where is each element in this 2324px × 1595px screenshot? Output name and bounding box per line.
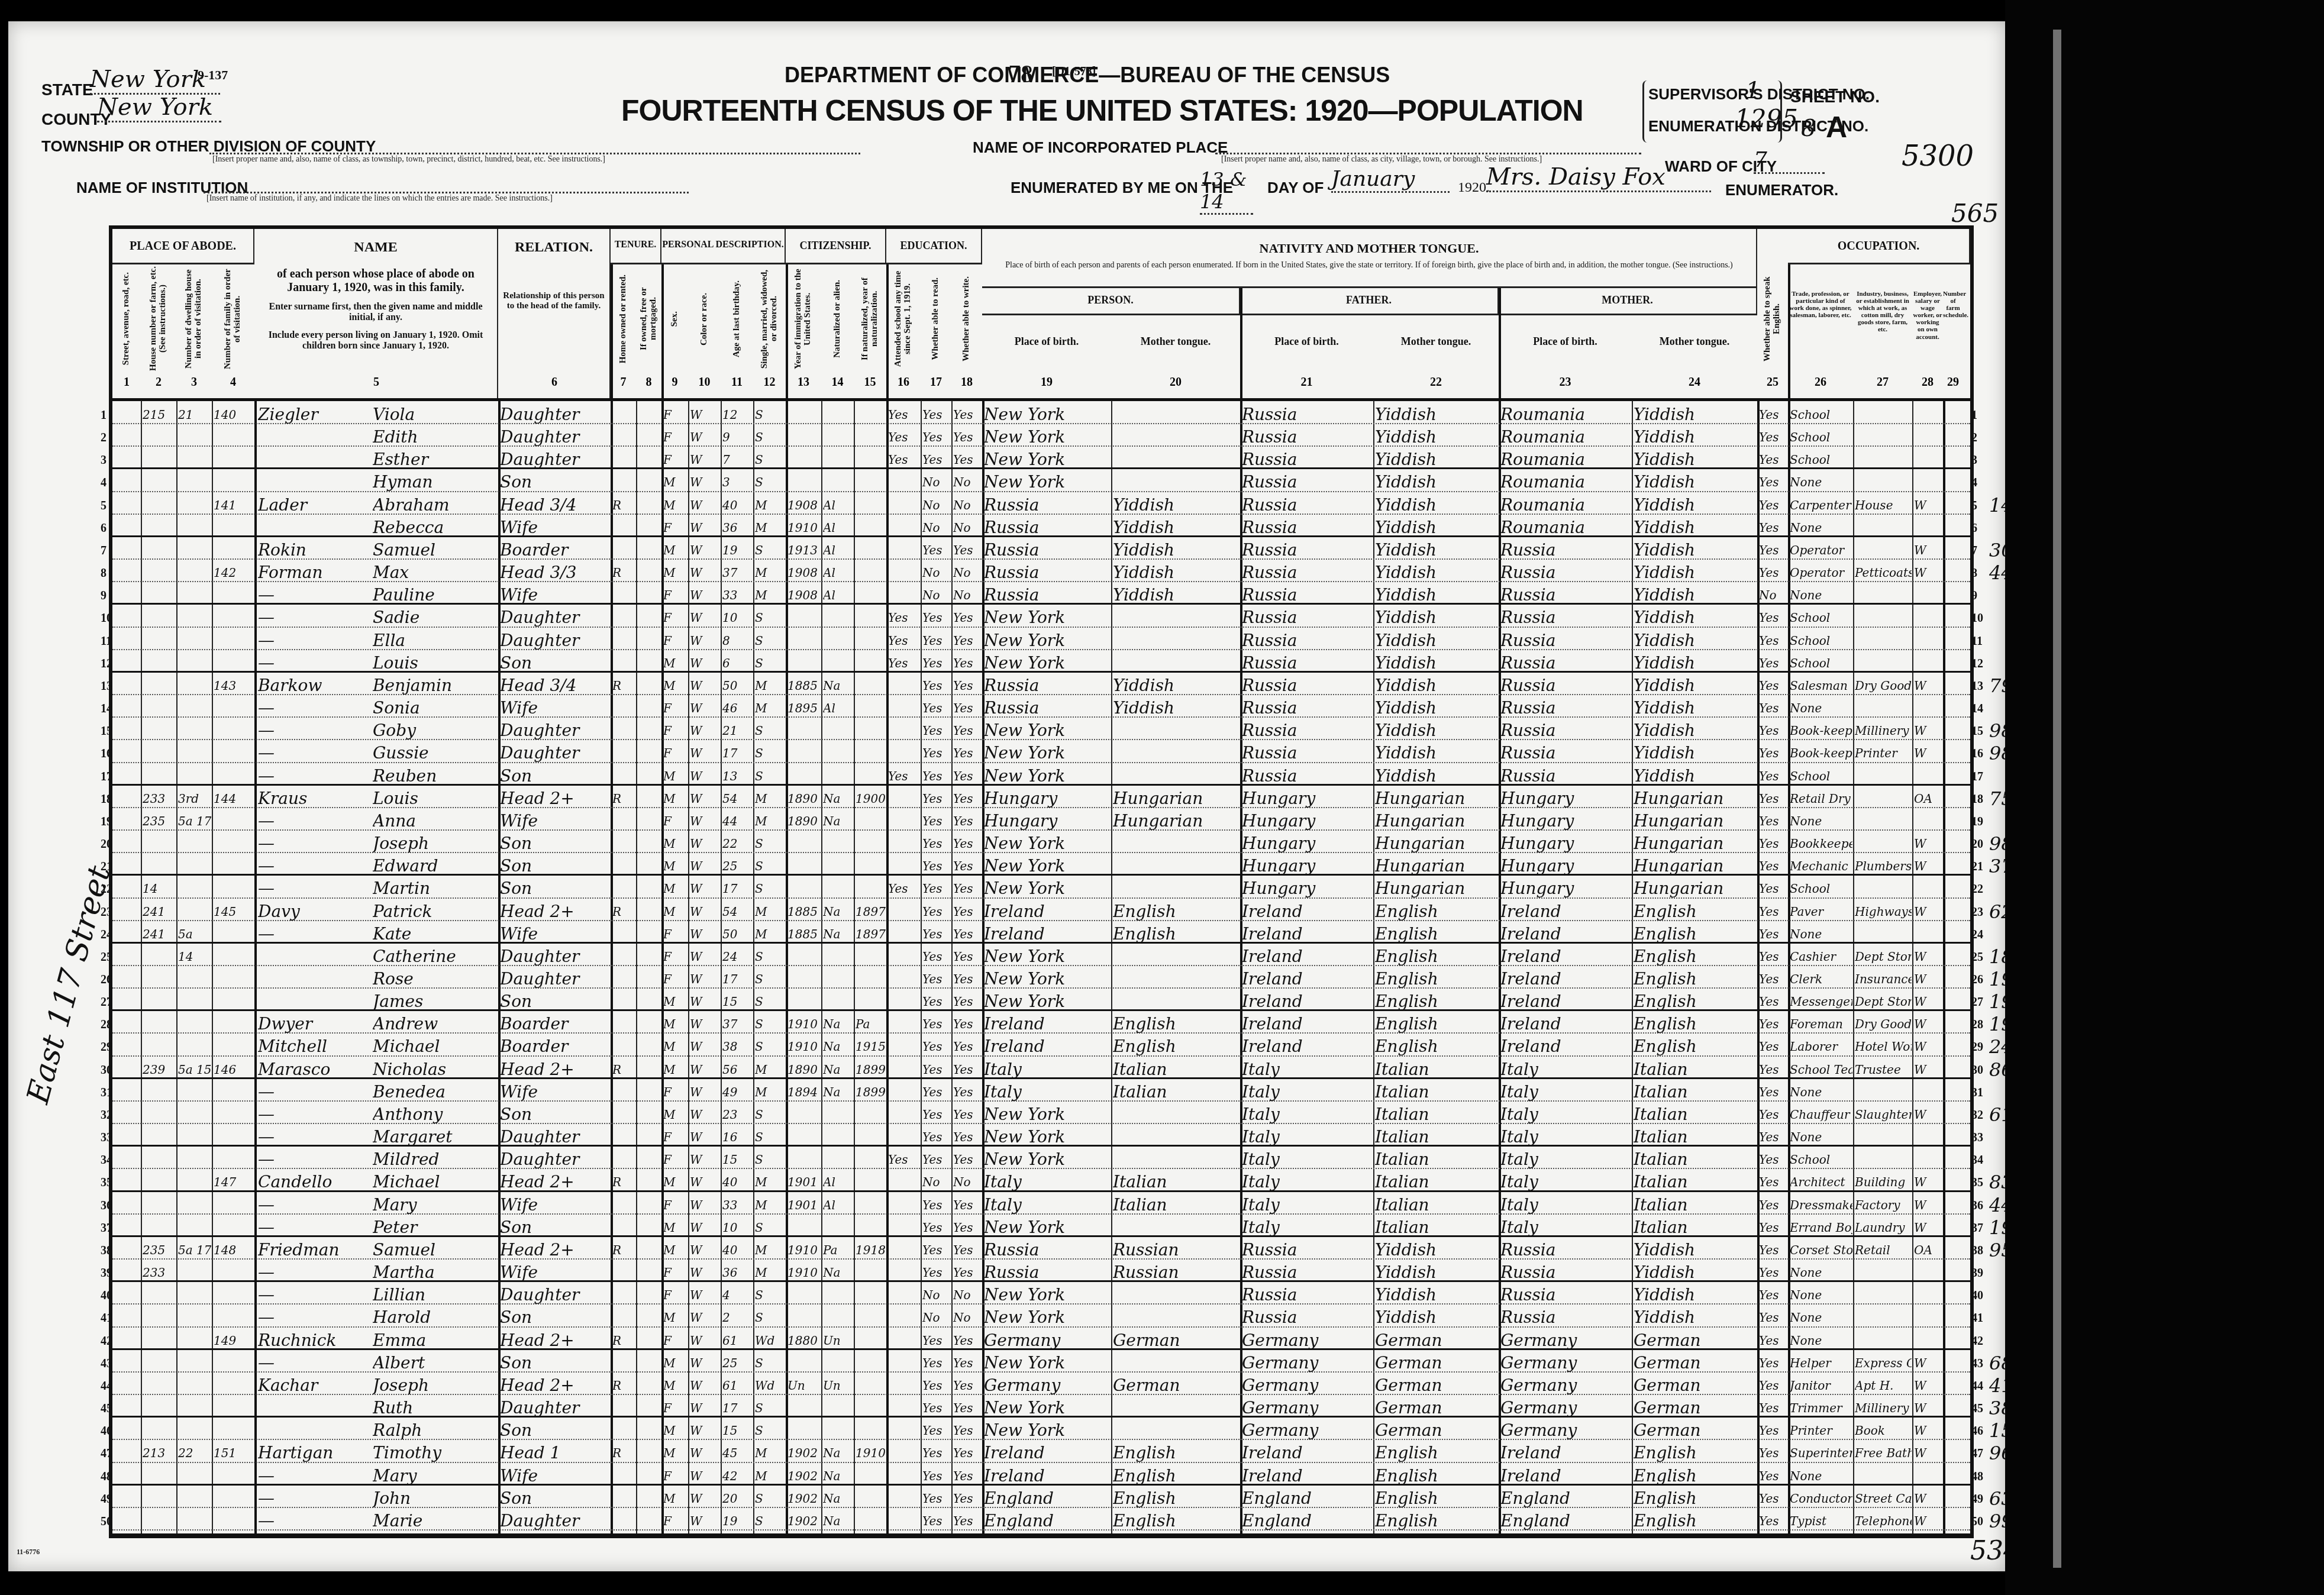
m-tongue-cell: Yiddish [1634,404,1757,425]
marital-cell: S [755,1352,785,1374]
write-cell: Yes [953,1510,982,1532]
english-cell: Yes [1759,540,1787,561]
given-name-cell: Max [373,562,497,583]
m-birth-cell: Russia [1500,1239,1631,1261]
f-tongue-cell: Yiddish [1375,517,1498,538]
m-tongue-cell: Yiddish [1634,698,1757,719]
f-birth-cell: Russia [1242,1307,1373,1328]
birth-cell: Italy [984,1081,1111,1103]
line-number: 30 [1971,1064,1983,1077]
m-tongue-cell: Yiddish [1634,540,1757,561]
marital-cell: S [755,878,785,899]
f-birth-cell: Ireland [1242,1036,1373,1057]
f-birth-cell: Italy [1242,1149,1373,1170]
birth-cell: England [984,1488,1111,1509]
f-birth-cell: Russia [1242,495,1373,516]
industry-cell: Book [1855,1420,1912,1441]
given-name-cell: Mildred [373,1149,497,1170]
tongue-cell: Hungarian [1113,811,1240,832]
ward-value: 7 [1754,148,1825,174]
sex-cell: M [663,1488,687,1509]
class-cell: W [1914,1352,1942,1374]
tongue-cell: Russian [1113,1239,1240,1261]
age-cell: 23 [722,1104,753,1125]
english-cell: Yes [1759,742,1787,764]
m-tongue-cell: German [1634,1352,1757,1374]
sex-cell: F [663,698,687,719]
m-birth-cell: Germany [1500,1330,1631,1351]
natyr-cell: 1918 [856,1239,886,1261]
tongue-cell: English [1113,1510,1240,1532]
age-cell: 16 [722,1126,753,1148]
family-cell: 151 [214,1442,254,1464]
birth-cell: Russia [984,517,1111,538]
tongue-cell: Yiddish [1113,562,1240,583]
institution-note: [Insert name of institution, if any, and… [206,194,553,204]
write-cell: Yes [953,675,982,696]
relation-cell: Head 2+ [500,1375,610,1396]
column-number: 22 [1373,376,1499,389]
surname-cell: — [258,1194,370,1216]
relation-cell: Son [500,1307,610,1328]
write-cell: Yes [953,991,982,1012]
birth-cell: Hungary [984,788,1111,809]
race-cell: W [690,1262,720,1283]
f-tongue-cell: Yiddish [1375,653,1498,674]
house-cell: 233 [143,1262,176,1283]
write-cell: Yes [953,968,982,990]
sex-cell: M [663,1352,687,1374]
f-birth-cell: Germany [1242,1352,1373,1374]
f-tongue-cell: Italian [1375,1217,1498,1238]
f-tongue-cell: English [1375,1465,1498,1487]
nat-cell: Na [823,1013,853,1035]
write-cell: Yes [953,1104,982,1125]
industry-cell: Dry Goods [1855,675,1912,696]
birth-cell: Russia [984,540,1111,561]
sex-cell: F [663,1194,687,1216]
relation-cell: Head 3/4 [500,495,610,516]
m-tongue-cell: German [1634,1420,1757,1441]
school-cell: Yes [888,653,920,674]
line-number: 28 [1971,1018,1983,1032]
f-birth-cell: Russia [1242,517,1373,538]
industry-cell: Dept Store [1855,946,1912,967]
immig-cell: 1885 [787,675,821,696]
write-cell: Yes [953,404,982,425]
f-birth-cell: Russia [1242,675,1373,696]
race-cell: W [690,1013,720,1035]
immig-cell: 1890 [787,788,821,809]
class-cell: W [1914,946,1942,967]
marital-cell: M [755,1059,785,1080]
class-cell: W [1914,675,1942,696]
race-cell: W [690,766,720,787]
immig-cell: 1910 [787,1036,821,1057]
relation-cell: Son [500,766,610,787]
age-cell: 37 [722,1013,753,1035]
marital-cell: S [755,833,785,854]
column-label: Trade, profession, or particular kind of… [1788,267,1853,373]
write-cell: Yes [953,607,982,628]
given-name-cell: Anna [373,811,497,832]
f-birth-cell: Russia [1242,585,1373,606]
marital-cell: S [755,1488,785,1509]
relation-cell: Wife [500,1194,610,1216]
relation-cell: Boarder [500,1013,610,1035]
write-cell: Yes [953,855,982,877]
write-cell: Yes [953,1262,982,1283]
write-cell: Yes [953,1488,982,1509]
immig-cell: 1908 [787,495,821,516]
given-name-cell: Catherine [373,946,497,967]
write-cell: Yes [953,1036,982,1057]
english-cell: Yes [1759,1420,1787,1441]
group-tenure: TENURE. [611,229,661,264]
race-cell: W [690,1284,720,1306]
write-cell: Yes [953,540,982,561]
f-tongue-cell: Yiddish [1375,698,1498,719]
birth-cell: New York [984,742,1111,764]
occupation-cell: Superintendent [1790,1442,1852,1464]
age-cell: 8 [722,630,753,651]
write-cell: No [953,562,982,583]
occupation-cell: None [1790,1126,1852,1148]
m-birth-cell: Ireland [1500,901,1631,922]
given-name-cell: Esther [373,449,497,470]
f-birth-cell: Russia [1242,427,1373,448]
given-name-cell: Emma [373,1330,497,1351]
marital-cell: S [755,742,785,764]
m-tongue-cell: German [1634,1330,1757,1351]
marital-cell: S [755,1126,785,1148]
race-cell: W [690,630,720,651]
english-cell: Yes [1759,1375,1787,1396]
surname-cell: — [258,585,370,606]
race-cell: W [690,833,720,854]
line-number: 6 [1971,522,1977,535]
relation-cell: Daughter [500,1149,610,1170]
nativity-father: FATHER. [1240,288,1499,315]
age-cell: 3 [722,472,753,493]
nativity-instruction: Place of birth of each person and parent… [1000,261,1738,270]
race-cell: W [690,1465,720,1487]
f-birth-cell: Italy [1242,1194,1373,1216]
birth-cell: New York [984,449,1111,470]
column-number: 4 [212,376,254,389]
birth-cell: Italy [984,1059,1111,1080]
birth-cell: New York [984,1149,1111,1170]
m-tongue-cell: Italian [1634,1104,1757,1125]
column-number: 28 [1912,376,1943,389]
line-number: 35 [1971,1176,1983,1190]
m-birth-cell: Germany [1500,1397,1631,1419]
relation-cell: Son [500,472,610,493]
f-birth-cell: Ireland [1242,946,1373,967]
nat-cell: Na [823,1262,853,1283]
read-cell: Yes [922,720,951,741]
relation-cell: Head 2+ [500,1330,610,1351]
given-name-cell: Benjamin [373,675,497,696]
sex-cell: M [663,472,687,493]
read-cell: Yes [922,698,951,719]
english-cell: Yes [1759,562,1787,583]
column-label-text: Year of immigration to the United States… [794,266,813,372]
class-cell: W [1914,1194,1942,1216]
house-cell: 241 [143,901,176,922]
given-name-cell: Ella [373,630,497,651]
natyr-cell: Pa [856,1013,886,1035]
m-tongue-cell: English [1634,991,1757,1012]
race-cell: W [690,1510,720,1532]
name-instruction-1: of each person whose place of abode on J… [263,267,489,295]
family-cell: 147 [214,1171,254,1193]
year-label: 1920. [1458,180,1490,196]
tongue-cell: English [1113,1442,1240,1464]
column-number: 6 [498,376,611,389]
column-label: Single, married, widowed, or divorced. [753,266,786,372]
marital-cell: S [755,855,785,877]
write-cell: Yes [953,1081,982,1103]
given-name-cell: Mary [373,1465,497,1487]
surname-cell: — [258,1081,370,1103]
f-birth-cell: Russia [1242,766,1373,787]
class-cell: OA [1914,788,1942,809]
occupation-cell: School [1790,607,1852,628]
english-cell: Yes [1759,1126,1787,1148]
f-tongue-cell: Yiddish [1375,630,1498,651]
given-name-cell: Anthony [373,1104,497,1125]
birth-cell: Russia [984,585,1111,606]
f-birth-cell: Italy [1242,1126,1373,1148]
column-label: Age at last birthday. [721,266,753,372]
read-cell: Yes [922,1239,951,1261]
school-cell: Yes [888,607,920,628]
m-birth-cell: Roumania [1500,427,1631,448]
read-cell: Yes [922,766,951,787]
english-cell: Yes [1759,1217,1787,1238]
surname-cell: Ruchnick [258,1330,370,1351]
marital-cell: S [755,991,785,1012]
birth-cell: New York [984,833,1111,854]
f-birth-cell: Ireland [1242,968,1373,990]
occupation-cell: None [1790,1330,1852,1351]
industry-cell: Millinery [1855,720,1912,741]
line-number: 47 [1971,1447,1983,1461]
read-cell: Yes [922,1397,951,1419]
relation-cell: Daughter [500,404,610,425]
line-number-left: 5 [101,499,106,513]
relation-cell: Daughter [500,946,610,967]
line-number-left: 39 [101,1267,112,1280]
m-birth-cell: Russia [1500,675,1631,696]
read-cell: Yes [922,811,951,832]
marital-cell: M [755,1239,785,1261]
f-tongue-cell: Italian [1375,1126,1498,1148]
m-tongue-cell: Italian [1634,1081,1757,1103]
birth-cell: England [984,1510,1111,1532]
column-number: 26 [1788,376,1853,389]
write-cell: No [953,495,982,516]
birth-cell: New York [984,766,1111,787]
enumerator-label: ENUMERATOR. [1725,181,1838,199]
nat-cell: Al [823,585,853,606]
column-label-text: Sex. [670,311,680,327]
race-cell: W [690,1307,720,1328]
line-number: 41 [1971,1312,1983,1325]
sex-cell: F [663,427,687,448]
table-row: 149RuchnickEmmaHead 2+RFW61Wd1880UnYesYe… [112,1328,1970,1350]
surname-cell: — [258,878,370,899]
immig-cell: 1910 [787,1013,821,1035]
natyr-cell: 1897 [856,901,886,922]
given-name-cell: Louis [373,788,497,809]
occupation-cell: None [1790,1262,1852,1283]
birth-cell: New York [984,630,1111,651]
marital-cell: S [755,653,785,674]
line-number-left: 29 [101,1041,112,1054]
relation-cell: Son [500,991,610,1012]
line-number: 32 [1971,1109,1983,1122]
industry-cell: Petticoats [1855,562,1912,583]
column-number: 13 [786,376,821,389]
industry-cell: Express Co [1855,1352,1912,1374]
natyr-cell: 1899 [856,1059,886,1080]
sex-cell: M [663,1059,687,1080]
m-tongue-cell: Yiddish [1634,495,1757,516]
read-cell: Yes [922,1013,951,1035]
m-birth-cell: Italy [1500,1059,1631,1080]
m-birth-cell: Ireland [1500,946,1631,967]
marital-cell: M [755,901,785,922]
marital-cell: S [755,1420,785,1441]
sex-cell: M [663,675,687,696]
relation-cell: Boarder [500,1036,610,1057]
table-row: 14—MartinSonMW17SYesYesYesNew YorkHungar… [112,876,1970,898]
line-number-left: 38 [101,1244,112,1258]
house-cell: 235 [143,1239,176,1261]
occupation-cell: School [1790,404,1852,425]
line-number: 36 [1971,1199,1983,1213]
race-cell: W [690,607,720,628]
f-tongue-cell: Yiddish [1375,1262,1498,1283]
line-number-left: 35 [101,1176,112,1190]
m-tongue-cell: Yiddish [1634,1284,1757,1306]
read-cell: Yes [922,855,951,877]
institution-line [204,181,689,193]
table-row: 147CandelloMichaelHead 2+RMW40M1901AlNoN… [112,1169,1970,1192]
write-cell: Yes [953,811,982,832]
house-cell: 213 [143,1442,176,1464]
nat-cell: Un [823,1375,853,1396]
table-row: —PeterSonMW10SYesYesNew YorkItalyItalian… [112,1215,1970,1237]
birth-cell: Italy [984,1194,1111,1216]
table-row: —GussieDaughterFW17SYesYesNew YorkRussia… [112,740,1970,763]
age-cell: 38 [722,1036,753,1057]
sex-cell: M [663,1036,687,1057]
township-line [209,140,860,154]
surname-cell: — [258,1262,370,1283]
line-number-left: 3 [101,454,106,467]
ed-value: 1295 [1735,104,1798,133]
marital-cell: M [755,1465,785,1487]
relation-cell: Daughter [500,1397,610,1419]
school-cell: Yes [888,878,920,899]
line-number-left: 20 [101,838,112,851]
marital-cell: S [755,607,785,628]
surname-cell [258,517,370,538]
class-cell: W [1914,1059,1942,1080]
birth-cell: Italy [984,1171,1111,1193]
column-label-text: Attended school any time since Sept. 1, … [894,266,913,372]
english-cell: Yes [1759,766,1787,787]
column-label: Whether able to read. [921,266,951,372]
industry-cell: Free Bath [1855,1442,1912,1464]
m-birth-cell: England [1500,1488,1631,1509]
class-cell: W [1914,833,1942,854]
marital-cell: S [755,1307,785,1328]
english-cell: Yes [1759,1262,1787,1283]
nat-cell: Al [823,517,853,538]
m-birth-cell: Italy [1500,1194,1631,1216]
relation-cell: Son [500,1488,610,1509]
english-cell: Yes [1759,1171,1787,1193]
m-birth-cell: Hungary [1500,833,1631,854]
line-number-left: 22 [101,883,112,896]
line-number-left: 33 [101,1131,112,1145]
write-cell: Yes [953,1149,982,1170]
occupation-cell: Printer [1790,1420,1852,1441]
line-number: 50 [1971,1515,1983,1529]
sex-cell: F [663,1149,687,1170]
nativity-heading: NATIVITY AND MOTHER TONGUE. [1000,241,1738,256]
read-cell: Yes [922,742,951,764]
write-cell: Yes [953,1239,982,1261]
nat-cell: Na [823,1059,853,1080]
age-cell: 15 [722,991,753,1012]
birth-cell: Russia [984,1262,1111,1283]
read-cell: Yes [922,788,951,809]
m-tongue-cell: Yiddish [1634,607,1757,628]
marital-cell: M [755,811,785,832]
race-cell: W [690,517,720,538]
house-cell: 215 [143,404,176,425]
marital-cell: M [755,1171,785,1193]
m-tongue-cell: English [1634,901,1757,922]
immig-cell: 1902 [787,1510,821,1532]
birth-cell: Hungary [984,811,1111,832]
tenure-cell: R [612,901,635,922]
sex-cell: F [663,1284,687,1306]
marital-cell: M [755,675,785,696]
surname-cell: Kachar [258,1375,370,1396]
write-cell: No [953,1307,982,1328]
marital-cell: M [755,788,785,809]
incorporated-place-line [1215,142,1641,154]
f-birth-cell: Russia [1242,630,1373,651]
supervisor-value: 1 [1745,77,1760,104]
nat-cell: Na [823,1081,853,1103]
english-cell: Yes [1759,1149,1787,1170]
occupation-cell: School Teacher [1790,1059,1852,1080]
m-tongue-cell: English [1634,924,1757,945]
f-birth-cell: Russia [1242,404,1373,425]
sex-cell: M [663,991,687,1012]
sex-cell: M [663,1307,687,1328]
natyr-cell: 1897 [856,924,886,945]
school-cell: Yes [888,1149,920,1170]
class-cell: W [1914,1442,1942,1464]
